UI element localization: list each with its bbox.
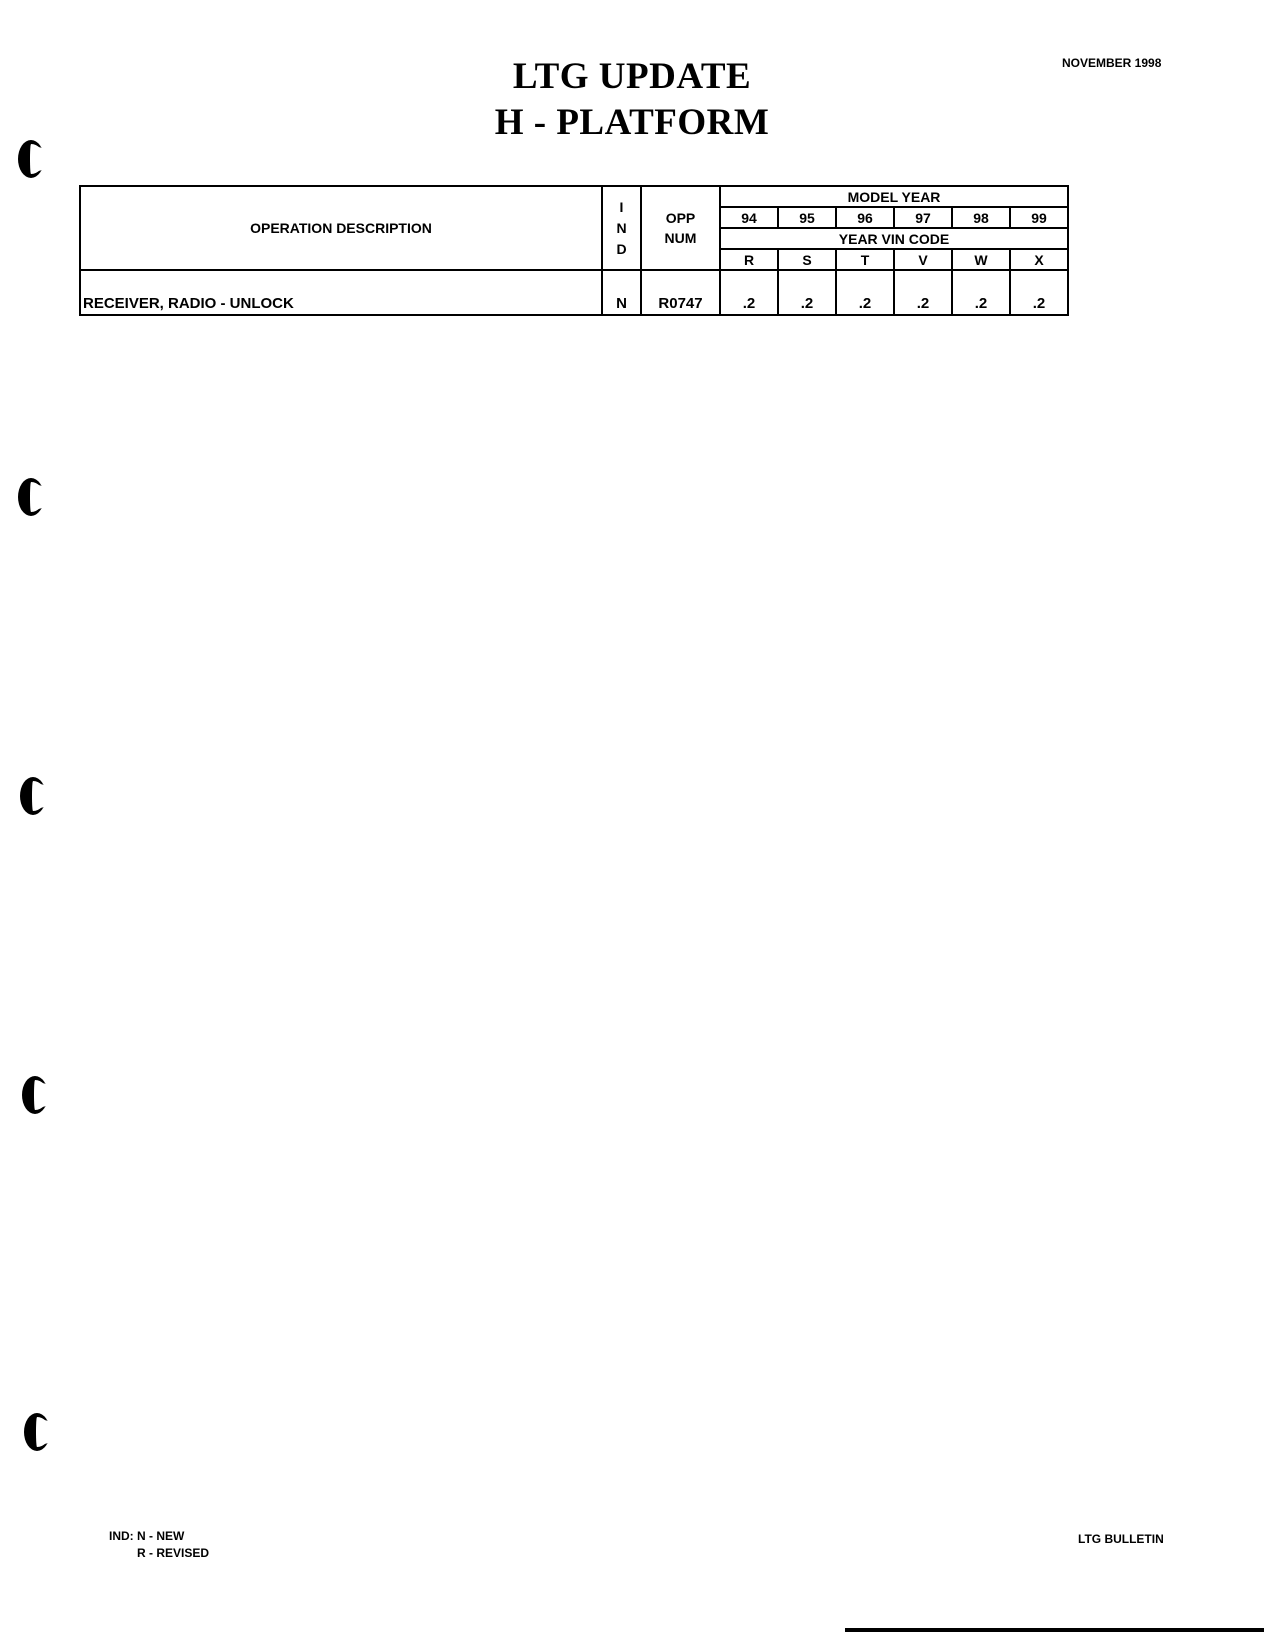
ind-header-line: N <box>603 218 640 239</box>
binder-hole-icon <box>24 1413 50 1451</box>
vin-code-cell: X <box>1010 249 1068 270</box>
vin-code-cell: S <box>778 249 836 270</box>
vin-code-cell: R <box>720 249 778 270</box>
binder-hole-icon <box>18 478 44 516</box>
ind-legend-new: IND: N - NEW <box>109 1528 209 1545</box>
opp-num-header: OPP NUM <box>641 186 720 270</box>
model-year-cell: 96 <box>836 207 894 228</box>
labor-time-value: .2 <box>836 270 894 315</box>
model-year-cell: 94 <box>720 207 778 228</box>
ind-header: I N D <box>602 186 641 270</box>
operation-description: RECEIVER, RADIO - UNLOCK <box>80 270 602 315</box>
table-row: RECEIVER, RADIO - UNLOCK N R0747 .2 .2 .… <box>80 270 1068 315</box>
year-vin-code-header: YEAR VIN CODE <box>720 228 1068 249</box>
model-year-cell: 97 <box>894 207 952 228</box>
labor-time-value: .2 <box>894 270 952 315</box>
operation-description-header: OPERATION DESCRIPTION <box>80 186 602 270</box>
opp-num-header-line: OPP <box>642 208 719 228</box>
labor-time-value: .2 <box>1010 270 1068 315</box>
opp-num-value: R0747 <box>641 270 720 315</box>
vin-code-cell: T <box>836 249 894 270</box>
vin-code-cell: V <box>894 249 952 270</box>
labor-time-table: OPERATION DESCRIPTION I N D OPP NUM MODE… <box>79 185 1069 316</box>
binder-hole-icon <box>20 777 46 815</box>
document-subtitle: H - PLATFORM <box>0 101 1264 144</box>
model-year-cell: 99 <box>1010 207 1068 228</box>
ind-legend: IND: N - NEW R - REVISED <box>109 1528 209 1562</box>
model-year-cell: 95 <box>778 207 836 228</box>
labor-time-value: .2 <box>952 270 1010 315</box>
model-year-header: MODEL YEAR <box>720 186 1068 207</box>
labor-time-value: .2 <box>778 270 836 315</box>
ind-value: N <box>602 270 641 315</box>
vin-code-cell: W <box>952 249 1010 270</box>
binder-hole-icon <box>18 140 44 178</box>
ind-legend-revised: R - REVISED <box>109 1545 209 1562</box>
opp-num-header-line: NUM <box>642 228 719 248</box>
bulletin-label: LTG BULLETIN <box>1078 1532 1164 1546</box>
scan-edge-divider <box>845 1628 1264 1632</box>
publication-date: NOVEMBER 1998 <box>1062 56 1161 70</box>
labor-time-value: .2 <box>720 270 778 315</box>
model-year-cell: 98 <box>952 207 1010 228</box>
ind-header-line: D <box>603 239 640 260</box>
binder-hole-icon <box>22 1076 48 1114</box>
ind-header-line: I <box>603 197 640 218</box>
